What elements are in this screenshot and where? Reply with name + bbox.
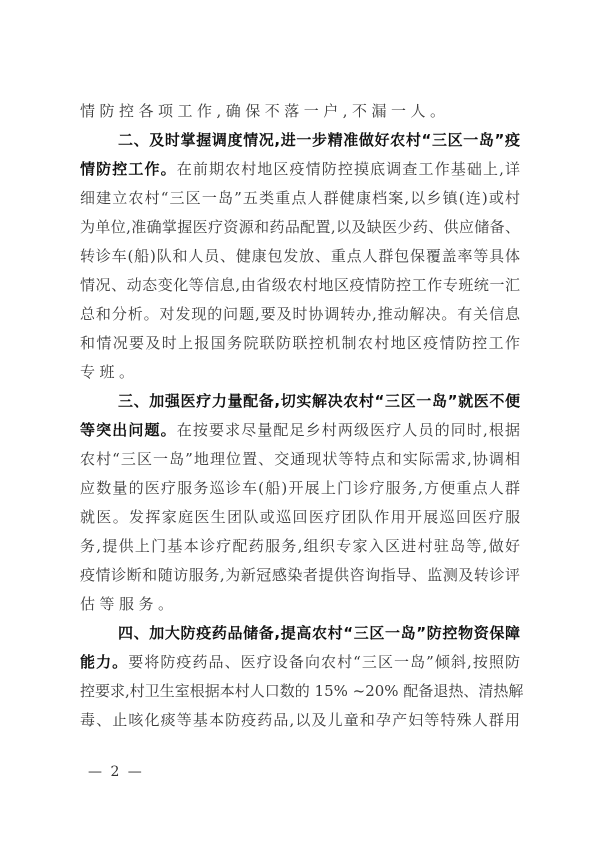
- text: 情况、动态变化等信息,由省级农村地区疫情防控工作专班统一汇: [80, 276, 520, 294]
- paragraph-line: 疫情诊断和随访服务,为新冠感染者提供咨询指导、监测及转诊评: [80, 561, 520, 590]
- paragraph-line: 情防控工作。在前期农村地区疫情防控摸底调查工作基础上,详: [80, 155, 520, 184]
- paragraph-line: 应数量的医疗服务巡诊车(船)开展上门诊疗服务,方便重点人群: [80, 474, 520, 503]
- paragraph-line: 就医。发挥家庭医生团队或巡回医疗团队作用开展巡回医疗服: [80, 503, 520, 532]
- paragraph-line: 细建立农村“三区一岛”五类重点人群健康档案,以乡镇(连)或村: [80, 184, 520, 213]
- page-number: — 2 —: [88, 764, 144, 780]
- paragraph-line: 转诊车(船)队和人员、健康包发放、重点人群包保覆盖率等具体: [80, 242, 520, 271]
- section-heading-3: 三、加强医疗力量配备,切实解决农村“三区一岛”就医不便: [80, 387, 520, 416]
- paragraph-line: 等突出问题。在按要求尽量配足乡村两级医疗人员的同时,根据: [80, 416, 520, 445]
- text: 要将防疫药品、医疗设备向农村“三区一岛”倾斜,按照防: [128, 653, 520, 671]
- paragraph-line: 务,提供上门基本诊疗配药服务,组织专家入区进村驻岛等,做好: [80, 532, 520, 561]
- text: 在前期农村地区疫情防控摸底调查工作基础上,详: [177, 160, 520, 178]
- text: 应数量的医疗服务巡诊车(船)开展上门诊疗服务,方便重点人群: [80, 479, 520, 497]
- paragraph-line: 为单位,准确掌握医疗资源和药品配置,以及缺医少药、供应储备、: [80, 213, 520, 242]
- heading-text: 三、加强医疗力量配备,切实解决农村“三区一岛”就医不便: [118, 392, 520, 410]
- paragraph-line: 估等服务。: [80, 590, 520, 619]
- heading-text: 情防控工作。: [80, 160, 177, 178]
- text: 农村“三区一岛”地理位置、交通现状等特点和实际需求,协调相: [80, 450, 520, 468]
- text: 专班。: [80, 363, 139, 381]
- paragraph-line: 控要求,村卫生室根据本村人口数的 15% ~20% 配备退热、清热解: [80, 677, 520, 706]
- text: 毒、止咳化痰等基本防疫药品,以及儿童和孕产妇等特殊人群用: [80, 711, 520, 729]
- paragraph-line: 总和分析。对发现的问题,要及时协调转办,推动解决。有关信息: [80, 300, 520, 329]
- text: 细建立农村“三区一岛”五类重点人群健康档案,以乡镇(连)或村: [80, 189, 520, 207]
- text: 为单位,准确掌握医疗资源和药品配置,以及缺医少药、供应储备、: [80, 218, 520, 236]
- paragraph-line: 毒、止咳化痰等基本防疫药品,以及儿童和孕产妇等特殊人群用: [80, 706, 520, 735]
- text: 就医。发挥家庭医生团队或巡回医疗团队作用开展巡回医疗服: [80, 508, 520, 526]
- paragraph-line: 农村“三区一岛”地理位置、交通现状等特点和实际需求,协调相: [80, 445, 520, 474]
- paragraph-line: 能力。要将防疫药品、医疗设备向农村“三区一岛”倾斜,按照防: [80, 648, 520, 677]
- text: 在按要求尽量配足乡村两级医疗人员的同时,根据: [177, 421, 520, 439]
- heading-text: 四、加大防疫药品储备,提高农村“三区一岛”防控物资保障: [118, 624, 520, 642]
- document-body: 情防控各项工作,确保不落一户,不漏一人。 二、及时掌握调度情况,进一步精准做好农…: [80, 97, 520, 735]
- heading-text: 等突出问题。: [80, 421, 177, 439]
- text: 总和分析。对发现的问题,要及时协调转办,推动解决。有关信息: [80, 305, 520, 323]
- text: 估等服务。: [80, 595, 178, 613]
- text: 疫情诊断和随访服务,为新冠感染者提供咨询指导、监测及转诊评: [80, 566, 520, 584]
- text: 情防控各项工作,确保不落一户,不漏一人。: [80, 102, 450, 120]
- text: 务,提供上门基本诊疗配药服务,组织专家入区进村驻岛等,做好: [80, 537, 520, 555]
- section-heading-2: 二、及时掌握调度情况,进一步精准做好农村“三区一岛”疫: [80, 126, 520, 155]
- section-heading-4: 四、加大防疫药品储备,提高农村“三区一岛”防控物资保障: [80, 619, 520, 648]
- paragraph-line: 情防控各项工作,确保不落一户,不漏一人。: [80, 97, 520, 126]
- text: 转诊车(船)队和人员、健康包发放、重点人群包保覆盖率等具体: [80, 247, 520, 265]
- paragraph-line: 情况、动态变化等信息,由省级农村地区疫情防控工作专班统一汇: [80, 271, 520, 300]
- text: 控要求,村卫生室根据本村人口数的 15% ~20% 配备退热、清热解: [80, 682, 523, 700]
- paragraph-line: 专班。: [80, 358, 520, 387]
- text: 和情况要及时上报国务院联防联控机制农村地区疫情防控工作: [80, 334, 520, 352]
- heading-text: 二、及时掌握调度情况,进一步精准做好农村“三区一岛”疫: [118, 131, 520, 149]
- heading-text: 能力。: [80, 653, 128, 671]
- paragraph-line: 和情况要及时上报国务院联防联控机制农村地区疫情防控工作: [80, 329, 520, 358]
